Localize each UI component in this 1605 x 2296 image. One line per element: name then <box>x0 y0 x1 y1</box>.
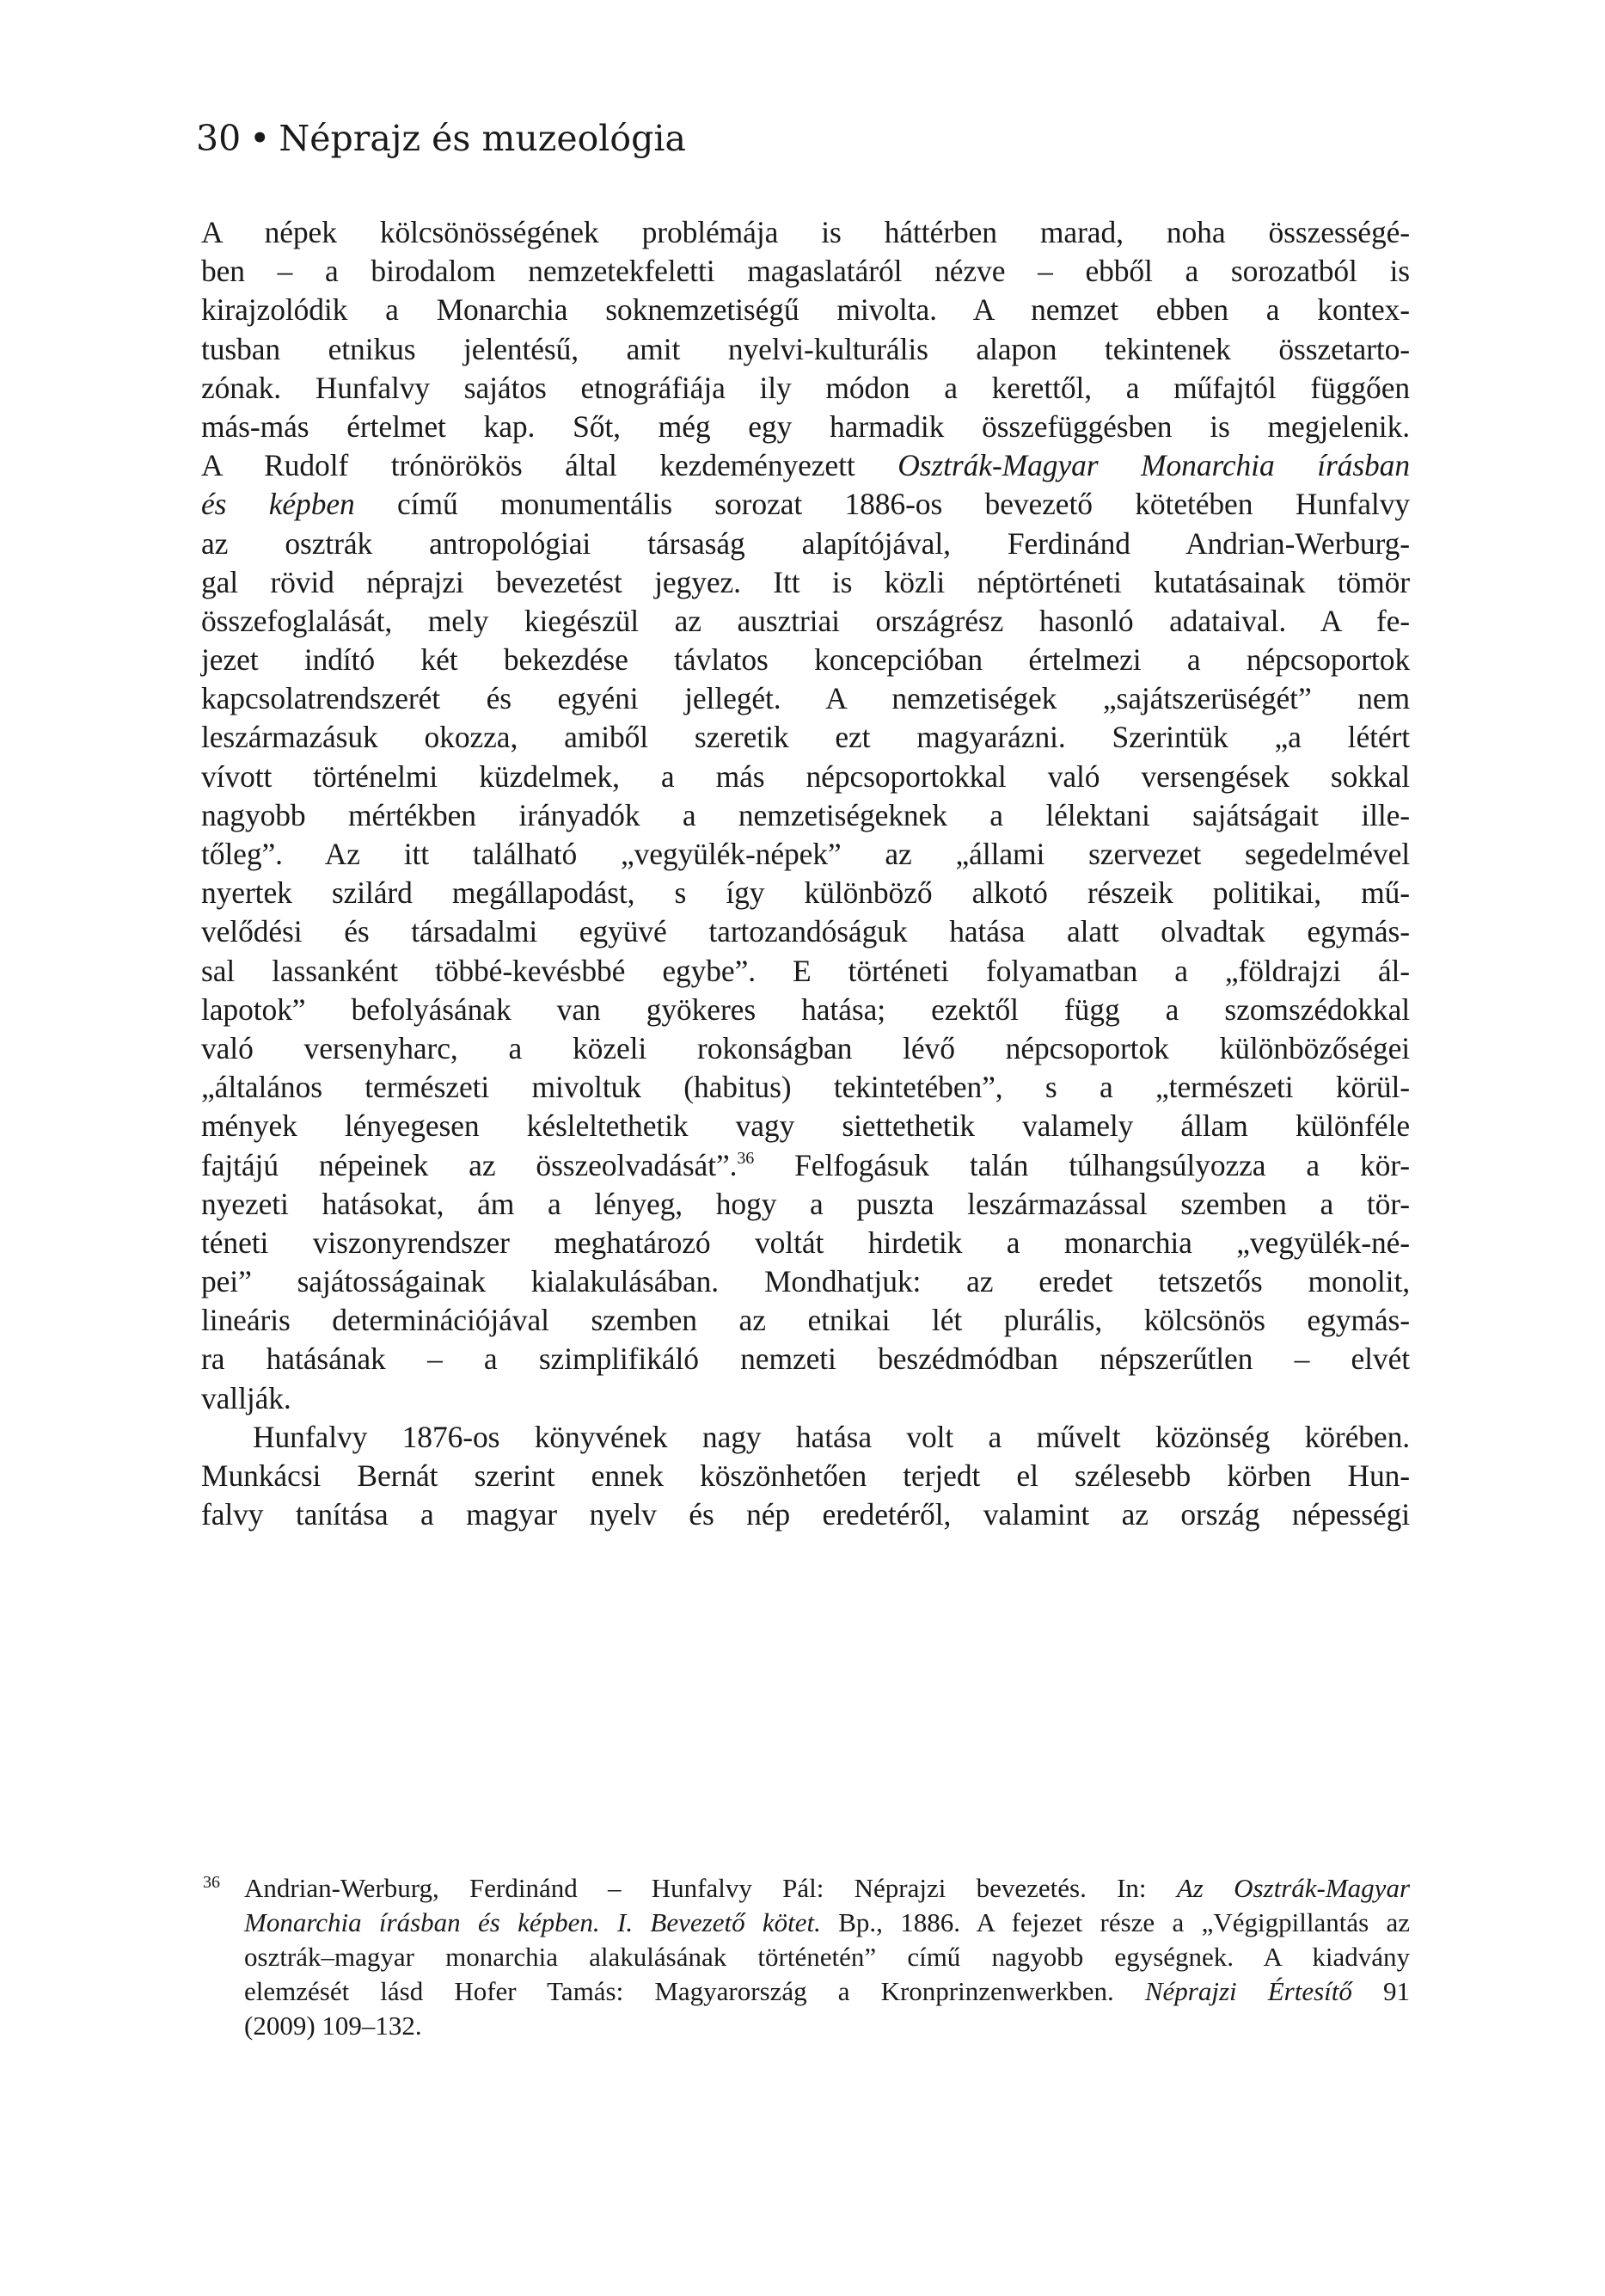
text-line: tőleg”. Az itt található „vegyülék-népek… <box>201 835 1410 874</box>
text-line: nyezeti hatásokat, ám a lényeg, hogy a p… <box>201 1185 1410 1224</box>
text-line: ben – a birodalom nemzetekfeletti magasl… <box>201 252 1410 291</box>
text-line: A népek kölcsönösségének problémája is h… <box>201 213 1410 252</box>
journal-title-italic: Néprajzi Értesítő <box>1145 1976 1352 2006</box>
text-line: tusban etnikus jelentésű, amit nyelvi-ku… <box>201 330 1410 369</box>
text-line: gal rövid néprajzi bevezetést jegyez. It… <box>201 563 1410 602</box>
text-line: pei” sajátosságainak kialakulásában. Mon… <box>201 1262 1410 1301</box>
text-run: Andrian-Werburg, Ferdinánd – Hunfalvy Pá… <box>244 1873 1177 1903</box>
text-run: Bp., 1886. A fejezet része a „Végigpilla… <box>821 1907 1410 1937</box>
footnote-line: Andrian-Werburg, Ferdinánd – Hunfalvy Pá… <box>244 1871 1410 1906</box>
page-number: 30 <box>196 118 241 159</box>
citation-italic: Az Osztrák-Magyar <box>1177 1873 1410 1903</box>
text-line: és képben című monumentális sorozat 1886… <box>201 485 1410 524</box>
footnote-body: Andrian-Werburg, Ferdinánd – Hunfalvy Pá… <box>244 1871 1410 2043</box>
footnote-line: Monarchia írásban és képben. I. Bevezető… <box>244 1906 1410 1940</box>
text-line: leszármazásuk okozza, amiből szeretik ez… <box>201 718 1410 757</box>
text-line: kapcsolatrendszerét és egyéni jellegét. … <box>201 679 1410 718</box>
running-title: Néprajz és muzeológia <box>279 118 686 159</box>
footnote-36: 36 Andrian-Werburg, Ferdinánd – Hunfalvy… <box>201 1871 1410 2043</box>
paragraph-2: Hunfalvy 1876-os könyvének nagy hatása v… <box>201 1418 1410 1535</box>
paragraph-1: A népek kölcsönösségének problémája is h… <box>201 213 1410 1418</box>
book-title-italic: és képben <box>201 487 355 521</box>
body-text: A népek kölcsönösségének problémája is h… <box>201 213 1410 1534</box>
book-title-italic: Osztrák-Magyar Monarchia írásban <box>897 448 1410 482</box>
footnote-line: osztrák–magyar monarchia alakulásának tö… <box>244 1940 1410 1974</box>
text-line: Hunfalvy 1876-os könyvének nagy hatása v… <box>201 1418 1410 1457</box>
text-line: Munkácsi Bernát szerint ennek köszönhető… <box>201 1457 1410 1495</box>
text-run: elemzését lásd Hofer Tamás: Magyarország… <box>244 1976 1145 2006</box>
text-line: nagyobb mértékben irányadók a nemzetiség… <box>201 796 1410 835</box>
text-line: vallják. <box>201 1379 1410 1418</box>
text-line: velődési és társadalmi együvé tartozandó… <box>201 912 1410 951</box>
text-run: Felfogásuk talán túlhangsúlyozza a kör- <box>754 1148 1410 1182</box>
text-line: „általános természeti mivoltuk (habitus)… <box>201 1068 1410 1107</box>
text-line: fajtájú népeinek az összeolvadását”.36 F… <box>201 1146 1410 1185</box>
header-separator: • <box>249 118 270 159</box>
text-run: című monumentális sorozat 1886-os beveze… <box>355 487 1410 521</box>
text-run: A Rudolf trónörökös által kezdeményezett <box>201 448 897 482</box>
citation-italic: Monarchia írásban és képben. I. Bevezető… <box>244 1907 821 1937</box>
text-line: ra hatásának – a szimplifikáló nemzeti b… <box>201 1340 1410 1378</box>
text-line: sal lassanként többé-kevésbbé egybe”. E … <box>201 952 1410 991</box>
text-line: zónak. Hunfalvy sajátos etnográfiája ily… <box>201 369 1410 408</box>
text-line: összefoglalását, mely kiegészül az auszt… <box>201 602 1410 641</box>
text-run: 91 <box>1352 1976 1410 2006</box>
text-line: az osztrák antropológiai társaság alapít… <box>201 525 1410 563</box>
footnote-line: (2009) 109–132. <box>244 2009 1410 2043</box>
text-line: téneti viszonyrendszer meghatározó voltá… <box>201 1224 1410 1262</box>
text-line: falvy tanítása a magyar nyelv és nép ere… <box>201 1495 1410 1534</box>
text-line: mények lényegesen késleltethetik vagy si… <box>201 1107 1410 1145</box>
text-line: lapotok” befolyásának van gyökeres hatás… <box>201 991 1410 1029</box>
text-line: nyertek szilárd megállapodást, s így kül… <box>201 874 1410 912</box>
text-line: vívott történelmi küzdelmek, a más népcs… <box>201 758 1410 796</box>
footnotes: 36 Andrian-Werburg, Ferdinánd – Hunfalvy… <box>201 1871 1410 2043</box>
text-line: való versenyharc, a közeli rokonságban l… <box>201 1029 1410 1068</box>
text-line: más-más értelmet kap. Sőt, még egy harma… <box>201 408 1410 446</box>
footnote-line: elemzését lásd Hofer Tamás: Magyarország… <box>244 1974 1410 2009</box>
running-header: 30•Néprajz és muzeológia <box>196 117 686 160</box>
text-line: lineáris determinációjával szemben az et… <box>201 1301 1410 1340</box>
text-run: fajtájú népeinek az összeolvadását”. <box>201 1148 737 1182</box>
text-line: jezet indító két bekezdése távlatos konc… <box>201 641 1410 679</box>
footnote-number: 36 <box>203 1873 220 1893</box>
footnote-reference[interactable]: 36 <box>737 1149 754 1168</box>
text-line: kirajzolódik a Monarchia soknemzetiségű … <box>201 291 1410 329</box>
text-line: A Rudolf trónörökös által kezdeményezett… <box>201 446 1410 485</box>
